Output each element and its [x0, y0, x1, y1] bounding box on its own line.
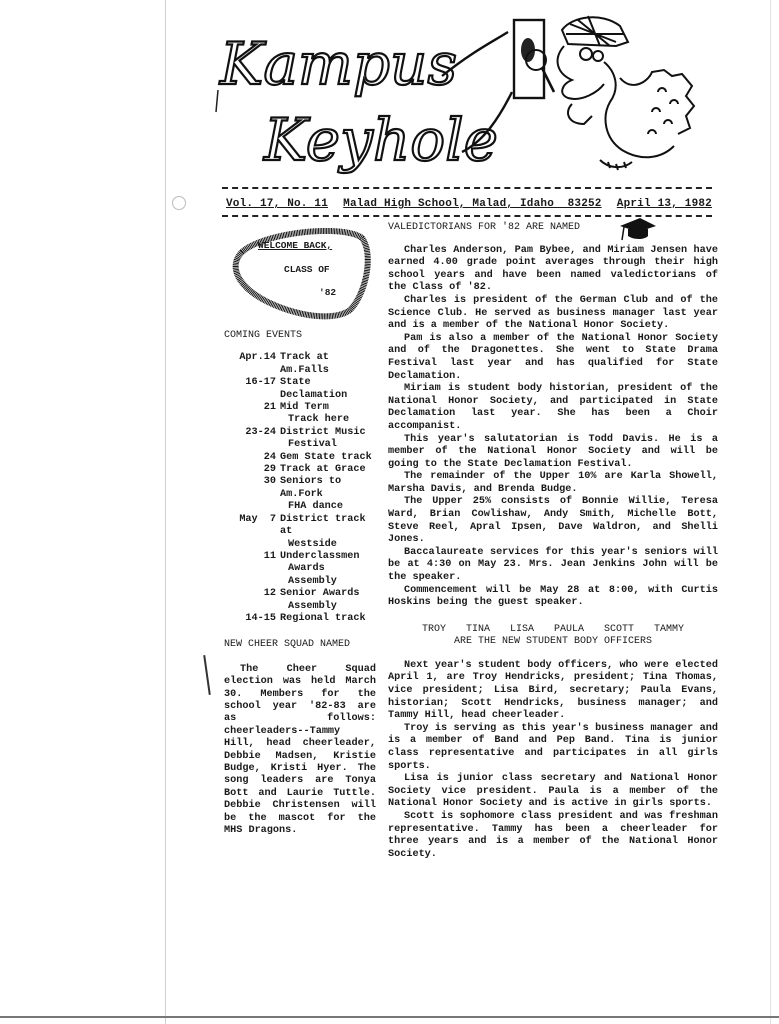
valedictorians-article: Charles Anderson, Pam Bybee, and Miriam … [388, 245, 718, 610]
cheer-squad-body: The Cheer Squad election was held March … [224, 664, 376, 838]
event-description: Regional track [280, 613, 376, 625]
dragon-mascot-icon [558, 16, 694, 170]
article-paragraph: Charles is president of the German Club … [388, 295, 718, 333]
event-date: 30 [224, 476, 280, 513]
coming-events-heading: COMING EVENTS [224, 330, 376, 342]
event-description: Underclassmen [280, 551, 376, 563]
masthead: Kampus Keyhole [212, 12, 722, 184]
page-bottom-edge [0, 1016, 779, 1018]
punch-hole-mark [172, 196, 186, 210]
event-item: 11UnderclassmenAwards Assembly [224, 551, 376, 588]
welcome-line2: CLASS OF [284, 264, 330, 276]
event-item: 14-15Regional track [224, 613, 376, 625]
event-item: 21Mid TermTrack here [224, 402, 376, 427]
page-edge [165, 0, 166, 1024]
right-column: VALEDICTORIANS FOR '82 ARE NAMED Charles… [388, 222, 718, 861]
article-paragraph: Scott is sophomore class president and w… [388, 811, 718, 861]
graduation-cap-icon [618, 216, 658, 242]
article-paragraph: Miriam is student body historian, presid… [388, 383, 718, 433]
masthead-title-line1: Kampus [219, 30, 457, 98]
officers-heading: TROY TINA LISA PAULA SCOTT TAMMY ARE THE… [388, 624, 718, 648]
event-item: May 7District track atWestside [224, 514, 376, 551]
event-date: 16-17 [224, 377, 280, 402]
event-item: 16-17State Declamation [224, 377, 376, 402]
event-description: Track here [280, 414, 376, 426]
article-paragraph: Next year's student body officers, who w… [388, 660, 718, 723]
event-date: 24 [224, 452, 280, 464]
event-description: Gem State track [280, 452, 376, 464]
event-description: Track at Am.Falls [280, 352, 376, 377]
event-item: 24Gem State track [224, 452, 376, 464]
event-date: May 7 [224, 514, 280, 551]
divider [222, 187, 712, 189]
issue-school: Malad High School, Malad, Idaho 83252 [343, 198, 601, 210]
event-description: Seniors to Am.Fork [280, 476, 376, 501]
event-date: Apr.14 [224, 352, 280, 377]
coming-events-list: Apr.14Track at Am.Falls16-17State Declam… [224, 352, 376, 625]
event-item: 30Seniors to Am.ForkFHA dance [224, 476, 376, 513]
event-description: District Music [280, 427, 376, 439]
event-description: Track at Grace [280, 464, 376, 476]
event-item: 23-24District MusicFestival [224, 427, 376, 452]
issue-info-line: Vol. 17, No. 11 Malad High School, Malad… [226, 198, 712, 210]
page-edge [770, 0, 771, 1024]
officers-article: Next year's student body officers, who w… [388, 660, 718, 862]
masthead-logo: Kampus Keyhole [212, 12, 722, 184]
event-date: 12 [224, 588, 280, 613]
event-description: FHA dance [280, 501, 376, 513]
event-description: District track at [280, 514, 376, 539]
event-description: Senior Awards [280, 588, 376, 600]
article-paragraph: The Upper 25% consists of Bonnie Willie,… [388, 496, 718, 546]
article-paragraph: Lisa is junior class secretary and Natio… [388, 773, 718, 811]
article-paragraph: Charles Anderson, Pam Bybee, and Miriam … [388, 245, 718, 295]
article-paragraph: Pam is also a member of the National Hon… [388, 333, 718, 383]
article-paragraph: This year's salutatorian is Todd Davis. … [388, 434, 718, 472]
issue-volume: Vol. 17, No. 11 [226, 198, 328, 210]
event-date: 23-24 [224, 427, 280, 452]
margin-pencil-mark [203, 655, 211, 695]
event-description: Mid Term [280, 402, 376, 414]
officers-heading-names: TROY TINA LISA PAULA SCOTT TAMMY [388, 624, 718, 636]
article-paragraph: The remainder of the Upper 10% are Karla… [388, 471, 718, 496]
event-item: 12Senior AwardsAssembly [224, 588, 376, 613]
valedictorians-heading: VALEDICTORIANS FOR '82 ARE NAMED [388, 222, 718, 235]
event-description: Festival [280, 439, 376, 451]
event-description: Awards Assembly [280, 563, 376, 588]
masthead-title-line2: Keyhole [263, 106, 498, 174]
event-item: 29Track at Grace [224, 464, 376, 476]
article-paragraph: Baccalaureate services for this year's s… [388, 547, 718, 585]
article-paragraph: Commencement will be May 28 at 8:00, wit… [388, 585, 718, 610]
welcome-box: WELCOME BACK, CLASS OF '82 [224, 224, 374, 322]
event-description: State Declamation [280, 377, 376, 402]
event-item: Apr.14Track at Am.Falls [224, 352, 376, 377]
event-date: 11 [224, 551, 280, 588]
welcome-line3: '82 [319, 287, 336, 299]
event-description: Westside [280, 539, 376, 551]
event-date: 21 [224, 402, 280, 427]
event-date: 14-15 [224, 613, 280, 625]
article-paragraph: Troy is serving as this year's business … [388, 723, 718, 773]
welcome-line1: WELCOME BACK, [258, 240, 332, 252]
issue-date: April 13, 1982 [617, 198, 712, 210]
valedictorians-heading-text: VALEDICTORIANS FOR '82 ARE NAMED [388, 222, 580, 233]
cheer-squad-heading: NEW CHEER SQUAD NAMED [224, 639, 376, 651]
event-description: Assembly [280, 601, 376, 613]
left-column: WELCOME BACK, CLASS OF '82 COMING EVENTS… [224, 224, 376, 837]
officers-heading-sub: ARE THE NEW STUDENT BODY OFFICERS [388, 636, 718, 648]
event-date: 29 [224, 464, 280, 476]
